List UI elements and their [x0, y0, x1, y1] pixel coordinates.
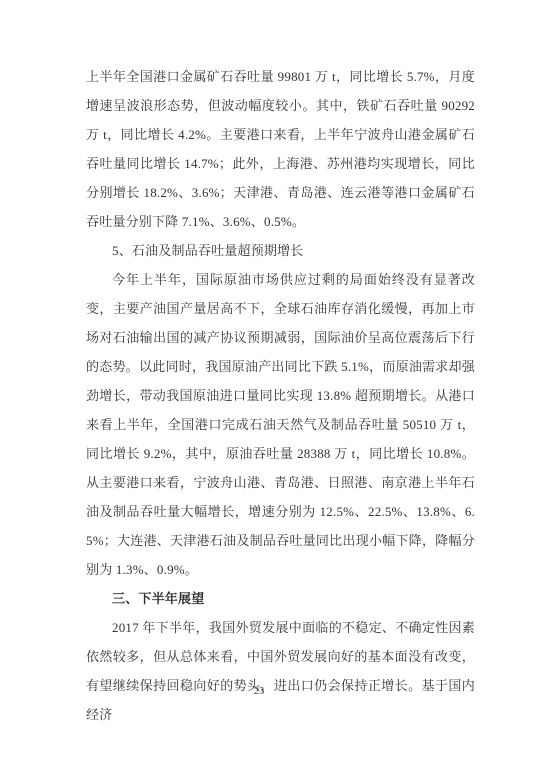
page-body-text: 上半年全国港口金属矿石吞吐量 99801 万 t，同比增长 5.7%，月度增速呈… [86, 62, 475, 729]
paragraph-oil-throughput: 今年上半年，国际原油市场供应过剩的局面始终没有显著改变，主要产油国产量居高不下，… [86, 265, 475, 584]
heading-oil-products-section: 5、石油及制品吞吐量超预期增长 [86, 236, 475, 265]
paragraph-outlook: 2017 年下半年，我国外贸发展中面临的不稳定、不确定性因素依然较多，但从总体来… [86, 613, 475, 729]
page-number: 23 [16, 686, 502, 697]
document-page: 上半年全国港口金属矿石吞吐量 99801 万 t，同比增长 5.7%，月度增速呈… [0, 0, 550, 759]
heading-second-half-outlook: 三、下半年展望 [86, 584, 475, 613]
paragraph-metal-ore-throughput: 上半年全国港口金属矿石吞吐量 99801 万 t，同比增长 5.7%，月度增速呈… [86, 62, 475, 236]
